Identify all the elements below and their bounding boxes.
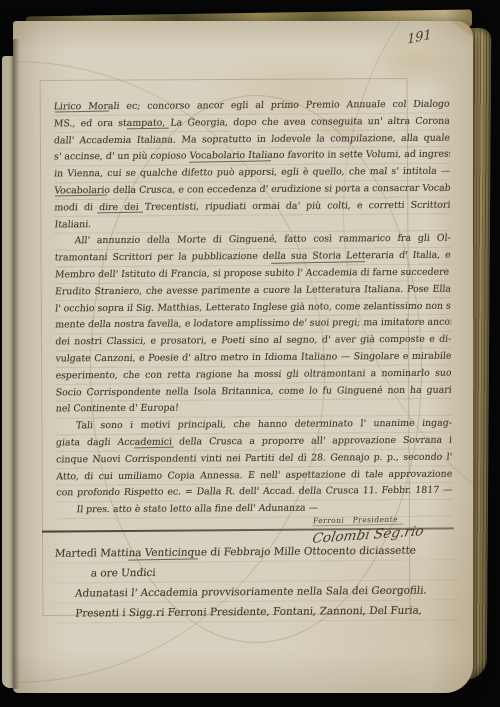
- manuscript-line: esperimento, che con retta ragione ha mo…: [55, 365, 453, 385]
- signature-block: Ferroni Presidente Colombi Seg.rio: [313, 506, 454, 543]
- manuscript-line: Presenti i Sigg.ri Ferroni Presidente, F…: [54, 600, 460, 624]
- manuscript-line: Erudito Straniero, che avesse parimente …: [54, 281, 452, 301]
- manuscript-line: cinque Nuovi Corrispondenti vinti nei Pa…: [55, 449, 453, 469]
- manuscript-photo: 191 Lirico Morali ec; concorso ancor egl…: [0, 0, 500, 707]
- manuscript-page: 191 Lirico Morali ec; concorso ancor egl…: [13, 21, 473, 693]
- act-text-1817-02-25: Martedì Mattina Venticinque di Febbrajo …: [55, 540, 460, 624]
- signature-president: Ferroni Presidente: [312, 515, 404, 527]
